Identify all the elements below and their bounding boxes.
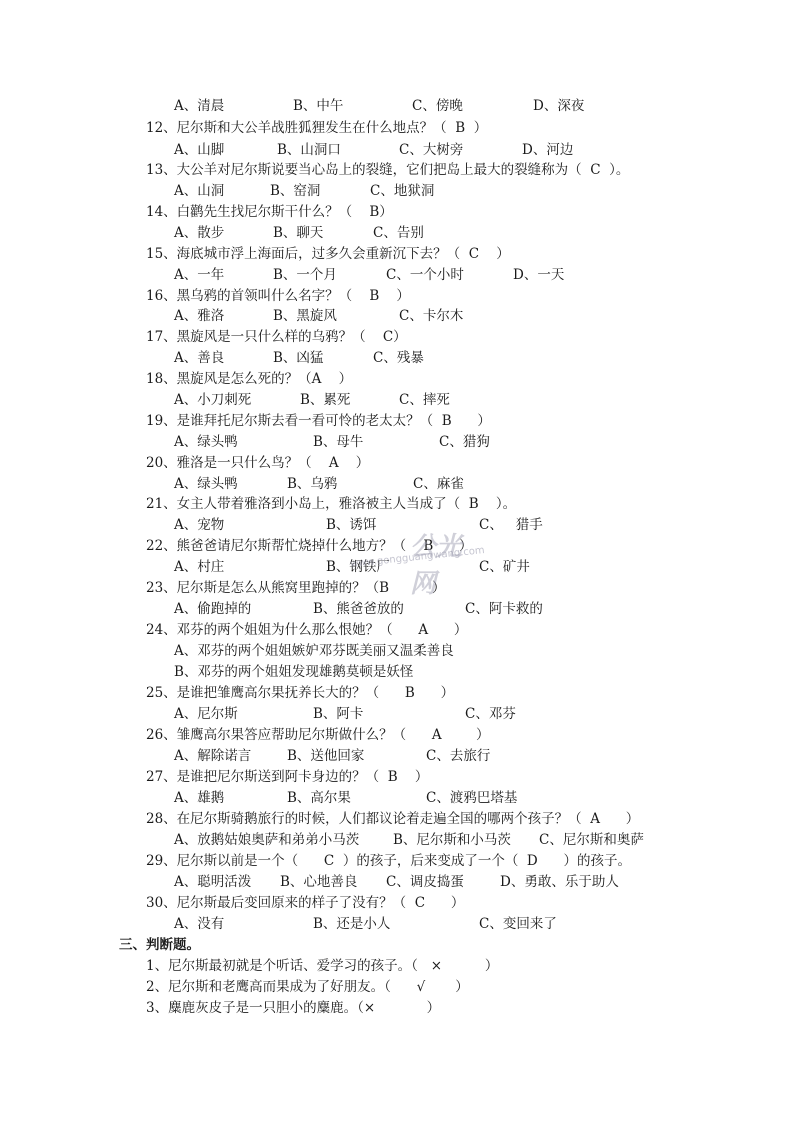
question-26-option: C、去旅行 <box>426 746 490 766</box>
question-11-option: A、清晨 <box>174 96 224 116</box>
true-false-item-2: 2、尼尔斯和老鹰高而果成为了好朋友。（ √ ） <box>146 977 469 997</box>
question-19-option: A、绿头鸭 <box>174 432 238 452</box>
question-18: 18、黑旋风是怎么死的？（A ） <box>146 369 352 389</box>
question-29-option: C、调皮捣蛋 <box>386 872 464 892</box>
question-16: 16、黑乌鸦的首领叫什么名字？（ B ） <box>146 286 410 306</box>
question-25-option: A、尼尔斯 <box>174 704 238 724</box>
question-14-option: A、散步 <box>174 223 224 243</box>
true-false-item-3: 3、麋鹿灰皮子是一只胆小的麋鹿。（× ） <box>146 998 440 1018</box>
question-24-option: A、邓芬的两个姐姐嫉妒邓芬既美丽又温柔善良 <box>174 641 454 661</box>
question-29-option: D、勇敢、乐于助人 <box>500 872 619 892</box>
question-12-option: D、河边 <box>522 140 573 160</box>
question-28-option: A、放鹅姑娘奥萨和弟弟小马茨 <box>174 830 359 850</box>
question-25: 25、是谁把雏鹰高尔果抚养长大的？（ B ） <box>146 683 454 703</box>
question-14: 14、白鹳先生找尼尔斯干什么？（ B） <box>146 202 393 222</box>
question-21-option: A、宠物 <box>174 515 224 535</box>
question-17-option: C、残暴 <box>373 348 424 368</box>
question-21-option: C、 猎手 <box>479 515 543 535</box>
question-19: 19、是谁拜托尼尔斯去看一看可怜的老太太？（ B ） <box>146 411 491 431</box>
question-13-option: B、窑洞 <box>270 181 320 201</box>
question-11-option: C、傍晚 <box>412 96 463 116</box>
question-30-option: C、变回来了 <box>479 914 557 934</box>
question-20: 20、雅洛是一只什么鸟？（ A ） <box>146 453 369 473</box>
question-12: 12、尼尔斯和大公羊战胜狐狸发生在什么地点？（ B ） <box>146 118 487 138</box>
question-21-option: B、诱饵 <box>326 515 376 535</box>
question-28: 28、在尼尔斯骑鹅旅行的时候，人们都议论着走遍全国的哪两个孩子？（ A ） <box>146 809 639 829</box>
question-14-option: C、告别 <box>373 223 424 243</box>
question-28-option: C、尼尔斯和奥萨 <box>539 830 644 850</box>
question-29: 29、尼尔斯以前是一个（ C ）的孩子，后来变成了一个（ D ）的孩子。 <box>146 851 631 871</box>
question-21: 21、女主人带着雅洛到小岛上，雅洛被主人当成了（ B ）。 <box>146 494 516 514</box>
question-13: 13、大公羊对尼尔斯说要当心岛上的裂缝，它们把岛上最大的裂缝称为（ C ）。 <box>146 160 629 180</box>
section-title-true-false: 三、判断题。 <box>119 935 200 955</box>
question-20-option: B、乌鸦 <box>287 474 337 494</box>
question-30-option: B、还是小人 <box>313 914 390 934</box>
question-15: 15、海底城市浮上海面后，过多久会重新沉下去？（ C ） <box>146 244 510 264</box>
question-20-option: C、麻雀 <box>413 474 464 494</box>
question-26-option: A、解除诺言 <box>174 746 251 766</box>
question-27-option: C、渡鸦巴塔基 <box>426 788 517 808</box>
question-22-option: A、村庄 <box>174 557 224 577</box>
question-26-option: B、送他回家 <box>287 746 364 766</box>
question-27-option: B、高尔果 <box>287 788 351 808</box>
question-15-option: C、一个小时 <box>386 265 464 285</box>
question-15-option: D、一天 <box>513 265 564 285</box>
question-12-option: B、山洞口 <box>277 140 341 160</box>
question-19-option: C、猎狗 <box>439 432 490 452</box>
question-22: 22、熊爸爸请尼尔斯帮忙烧掉什么地方？（ B ） <box>146 536 473 556</box>
question-12-option: C、大树旁 <box>399 140 463 160</box>
question-30: 30、尼尔斯最后变回原来的样子了没有？（ C ） <box>146 893 464 913</box>
question-20-option: A、绿头鸭 <box>174 474 238 494</box>
question-18-option: C、摔死 <box>399 390 450 410</box>
question-19-option: B、母牛 <box>313 432 363 452</box>
question-16-option: B、黑旋风 <box>273 306 337 326</box>
question-18-option: B、累死 <box>300 390 350 410</box>
question-11-option: D、深夜 <box>533 96 584 116</box>
question-16-option: C、卡尔木 <box>399 306 463 326</box>
question-11-option: B、中午 <box>293 96 343 116</box>
question-22-option: C、矿井 <box>479 557 530 577</box>
question-18-option: A、小刀刺死 <box>174 390 251 410</box>
question-25-option: B、阿卡 <box>313 704 363 724</box>
question-30-option: A、没有 <box>174 914 224 934</box>
question-28-option: B、尼尔斯和小马茨 <box>393 830 511 850</box>
question-29-option: A、聪明活泼 <box>174 872 251 892</box>
question-13-option: A、山洞 <box>174 181 224 201</box>
question-17: 17、黑旋风是一只什么样的乌鸦？（ C） <box>146 327 407 347</box>
question-26: 26、雏鹰高尔果答应帮助尼尔斯做什么？（ A ） <box>146 725 490 745</box>
question-23-option: A、偷跑掉的 <box>174 599 251 619</box>
question-24: 24、邓芬的两个姐姐为什么那么恨她？（ A ） <box>146 620 467 640</box>
question-16-option: A、雅洛 <box>174 306 224 326</box>
question-13-option: C、地狱洞 <box>370 181 434 201</box>
question-27-option: A、雄鹅 <box>174 788 224 808</box>
question-23-option: B、熊爸爸放的 <box>313 599 404 619</box>
true-false-item-1: 1、尼尔斯最初就是个听话、爱学习的孩子。（ × ） <box>146 956 498 976</box>
document-page: A、清晨B、中午C、傍晚D、深夜12、尼尔斯和大公羊战胜狐狸发生在什么地点？（ … <box>0 0 793 1122</box>
question-23-option: C、阿卡救的 <box>465 599 543 619</box>
question-15-option: A、一年 <box>174 265 224 285</box>
question-12-option: A、山脚 <box>174 140 224 160</box>
question-29-option: B、心地善良 <box>280 872 357 892</box>
question-27: 27、是谁把尼尔斯送到阿卡身边的？（ B ） <box>146 767 428 787</box>
question-17-option: A、善良 <box>174 348 224 368</box>
question-15-option: B、一个月 <box>273 265 337 285</box>
question-14-option: B、聊天 <box>273 223 323 243</box>
question-22-option: B、钢铁厂 <box>326 557 390 577</box>
question-24-option: B、邓芬的两个姐姐发现雄鹅莫顿是妖怪 <box>174 662 413 682</box>
question-23: 23、尼尔斯是怎么从熊窝里跑掉的？（B ） <box>146 578 446 598</box>
question-17-option: B、凶猛 <box>273 348 323 368</box>
question-25-option: C、邓芬 <box>465 704 516 724</box>
